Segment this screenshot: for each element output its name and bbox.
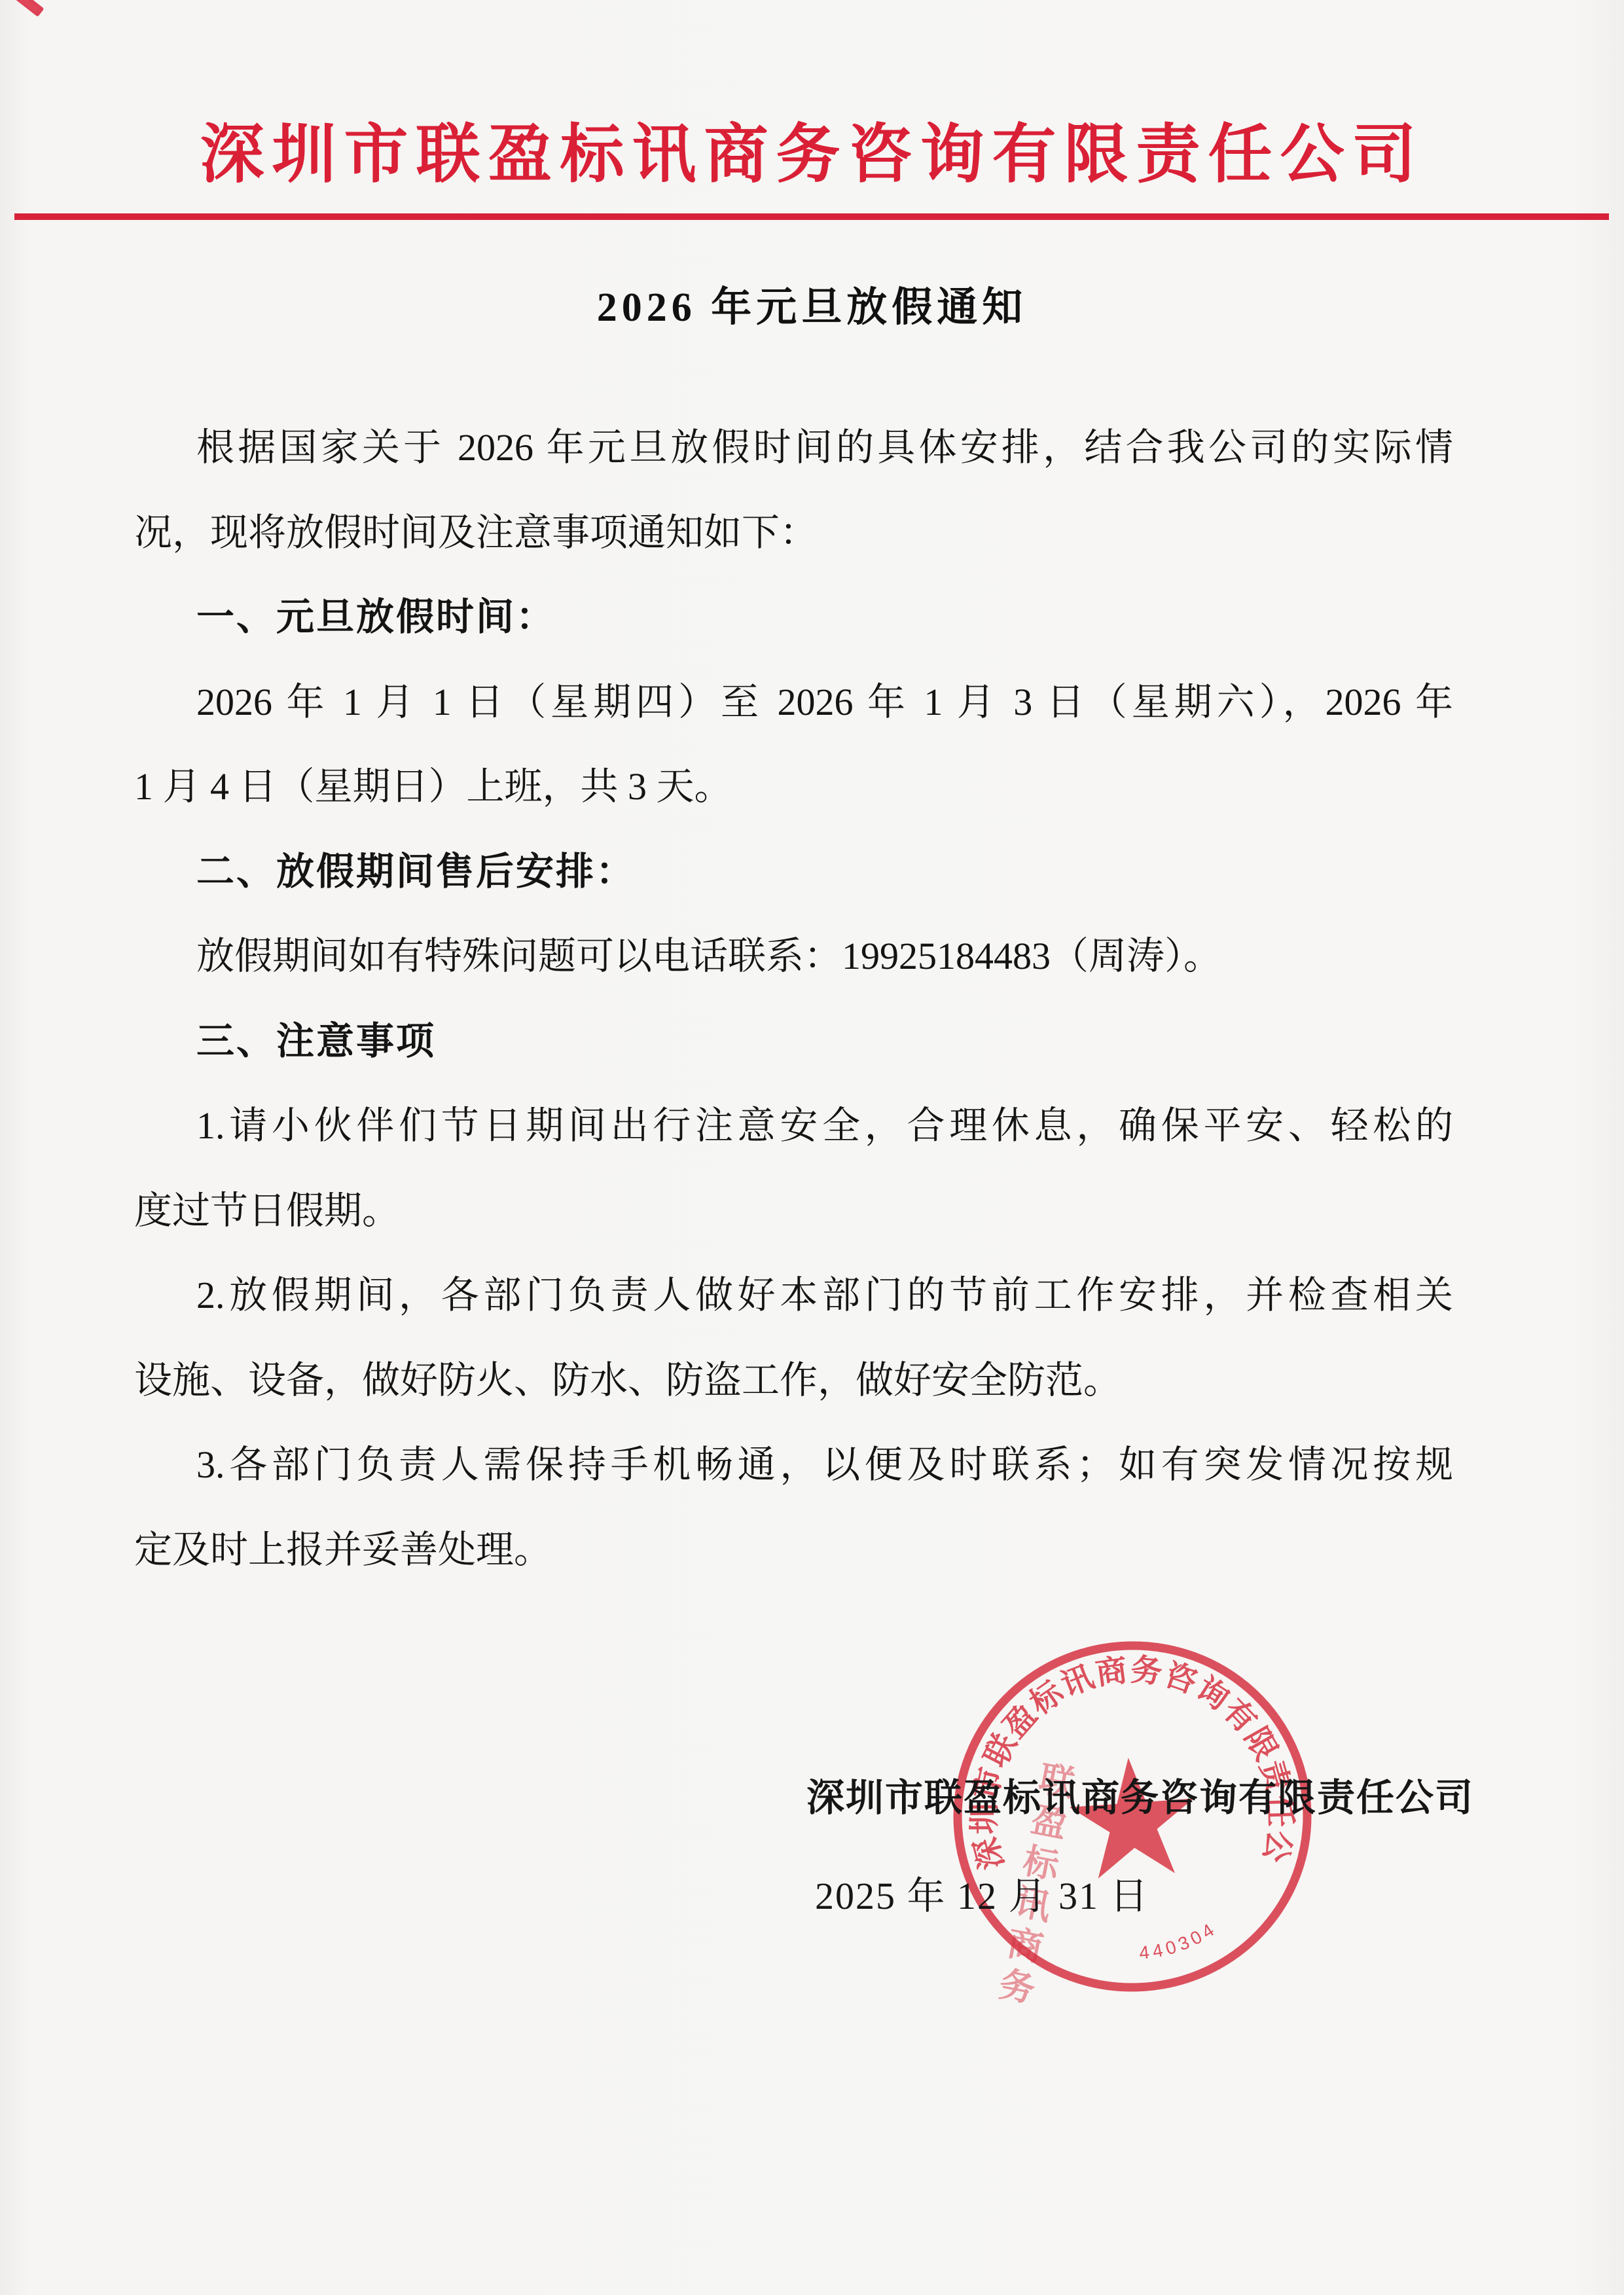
- body-line: 3.各部门负责人需保持手机畅通，以便及时联系；如有突发情况按规: [134, 1422, 1453, 1508]
- body-line: 2026 年 1 月 1 日（星期四）至 2026 年 1 月 3 日（星期六）…: [134, 660, 1453, 745]
- body-line: 一、元旦放假时间：: [134, 575, 1453, 660]
- letterhead-divider: [14, 213, 1609, 220]
- body-line: 1 月 4 日（星期日）上班，共 3 天。: [134, 744, 1453, 829]
- signature-date: 2025 年 12 月 31 日: [815, 1873, 1149, 1919]
- scanned-notice-page: 深圳市联盈标讯商务咨询有限责任公司 2026 年元旦放假通知 根据国家关于 20…: [0, 0, 1624, 2295]
- signature-company-name: 深圳市联盈标讯商务咨询有限责任公司: [806, 1775, 1474, 1821]
- letterhead-company-name: 深圳市联盈标讯商务咨询有限责任公司: [0, 113, 1624, 198]
- body-line: 1.请小伙伴们节日期间出行注意安全，合理休息，确保平安、轻松的: [134, 1083, 1453, 1168]
- body-line: 根据国家关于 2026 年元旦放假时间的具体安排，结合我公司的实际情: [134, 405, 1453, 490]
- body-line: 放假期间如有特殊问题可以电话联系：19925184483（周涛）。: [134, 914, 1453, 999]
- body-line: 2.放假期间，各部门负责人做好本部门的节前工作安排，并检查相关: [134, 1253, 1453, 1338]
- body-line: 度过节日假期。: [134, 1168, 1453, 1254]
- body-line: 设施、设备，做好防火、防水、防盗工作，做好安全防范。: [134, 1338, 1453, 1423]
- body-line: 定及时上报并妥善处理。: [134, 1508, 1453, 1593]
- body-line: 三、注意事项: [134, 999, 1453, 1084]
- notice-title: 2026 年元旦放假通知: [0, 281, 1624, 334]
- body-line: 二、放假期间售后安排：: [134, 829, 1453, 914]
- body-line: 况，现将放假时间及注意事项通知如下：: [134, 490, 1453, 575]
- body-lines: 根据国家关于 2026 年元旦放假时间的具体安排，结合我公司的实际情况，现将放假…: [134, 405, 1453, 1592]
